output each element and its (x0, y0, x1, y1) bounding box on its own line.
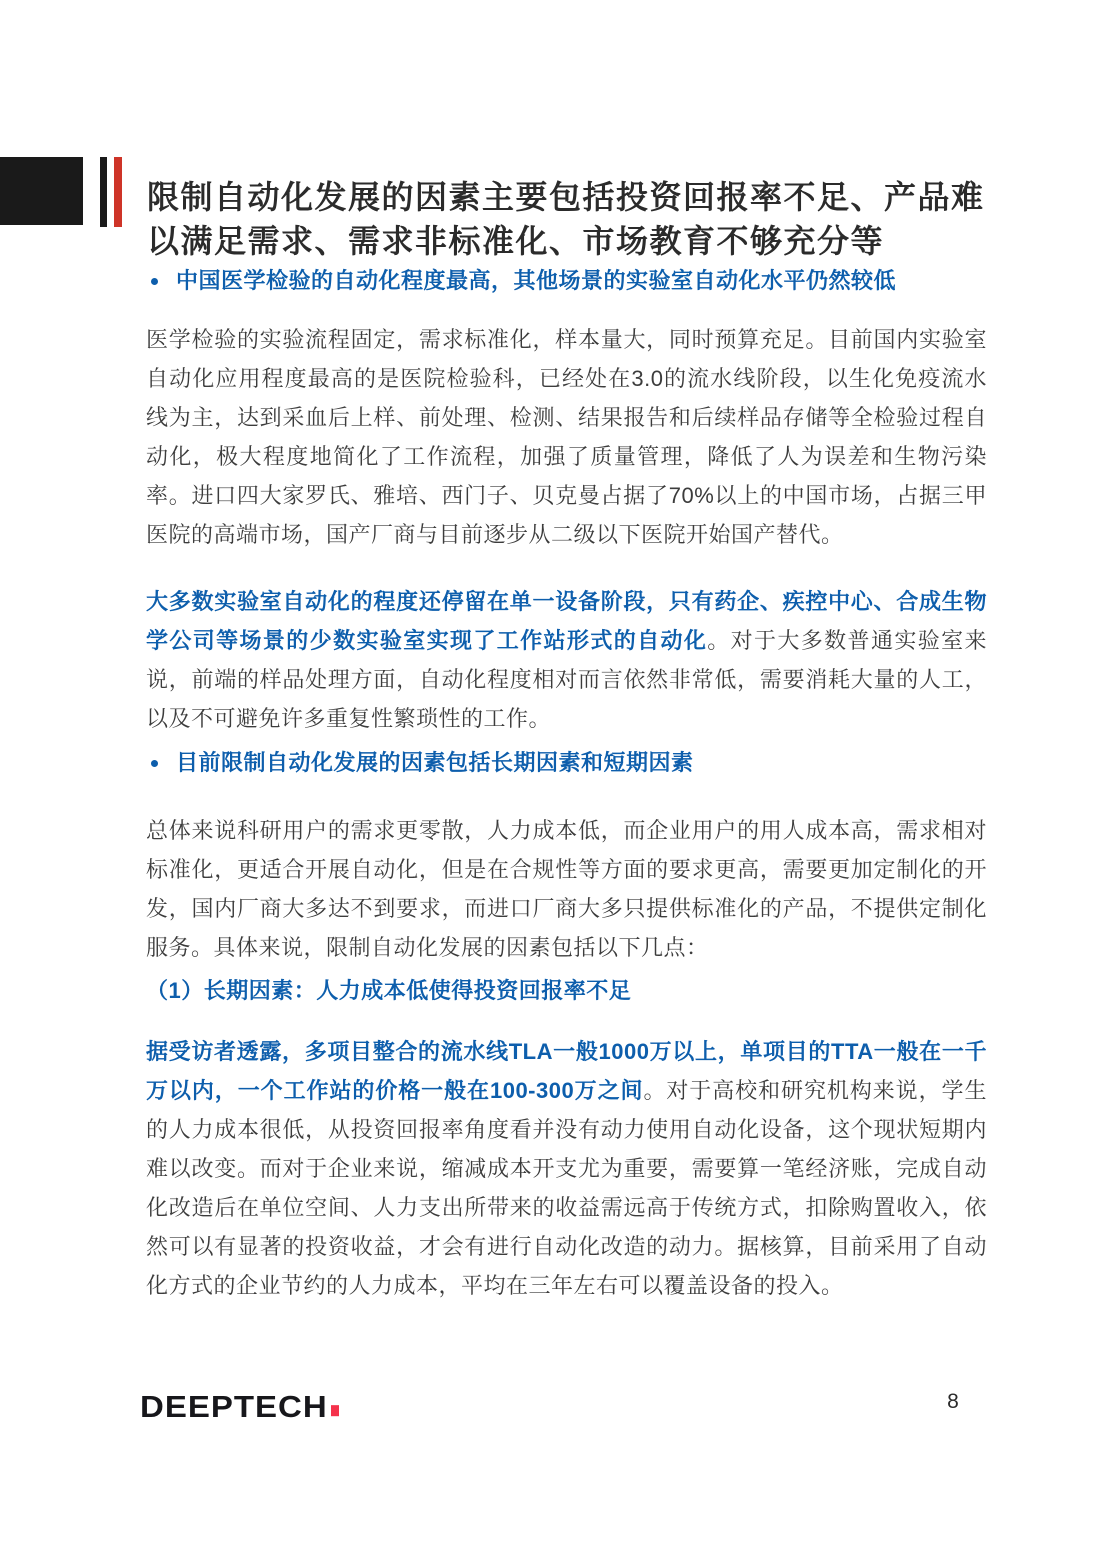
paragraph-roi-analysis: 据受访者透露，多项目整合的流水线TLA一般1000万以上，单项目的TTA一般在一… (146, 1032, 987, 1305)
paragraph-lab-automation-stage: 大多数实验室自动化的程度还停留在单一设备阶段，只有药企、疾控中心、合成生物学公司… (146, 582, 987, 738)
paragraph-medical-testing-detail: 医学检验的实验流程固定，需求标准化，样本量大，同时预算充足。目前国内实验室自动化… (146, 320, 987, 554)
page-number: 8 (938, 1390, 968, 1414)
section-subheading-long-term-factor: （1）长期因素：人力成本低使得投资回报率不足 (146, 976, 991, 1006)
paragraph-user-demand-comparison: 总体来说科研用户的需求更零散，人力成本低，而企业用户的用人成本高，需求相对标准化… (146, 811, 987, 967)
page-title-line-1: 限制自动化发展的因素主要包括投资回报率不足、产品难 (147, 175, 997, 219)
logo-red-dot-icon (331, 1405, 339, 1416)
bullet-dot-icon (151, 760, 158, 767)
page-title: 限制自动化发展的因素主要包括投资回报率不足、产品难 以满足需求、需求非标准化、市… (147, 175, 997, 263)
bullet-label: 目前限制自动化发展的因素包括长期因素和短期因素 (176, 748, 694, 778)
paragraph-rest-text: 。对于高校和研究机构来说，学生的人力成本很低，从投资回报率角度看并没有动力使用自… (146, 1078, 987, 1298)
deeptech-logo-text: DEEPTECH (140, 1390, 328, 1424)
header-accent-bar-black (100, 157, 107, 227)
deeptech-logo: DEEPTECH (140, 1390, 339, 1425)
bullet-label: 中国医学检验的自动化程度最高，其他场景的实验室自动化水平仍然较低 (176, 266, 896, 296)
bullet-item-medical-testing: 中国医学检验的自动化程度最高，其他场景的实验室自动化水平仍然较低 (146, 266, 991, 296)
page-title-line-2: 以满足需求、需求非标准化、市场教育不够充分等 (147, 219, 997, 263)
header-accent-block (0, 157, 83, 225)
bullet-item-limiting-factors: 目前限制自动化发展的因素包括长期因素和短期因素 (146, 748, 991, 778)
document-page: 限制自动化发展的因素主要包括投资回报率不足、产品难 以满足需求、需求非标准化、市… (0, 0, 1102, 1565)
bullet-dot-icon (151, 278, 158, 285)
header-accent-bar-red (114, 157, 122, 227)
